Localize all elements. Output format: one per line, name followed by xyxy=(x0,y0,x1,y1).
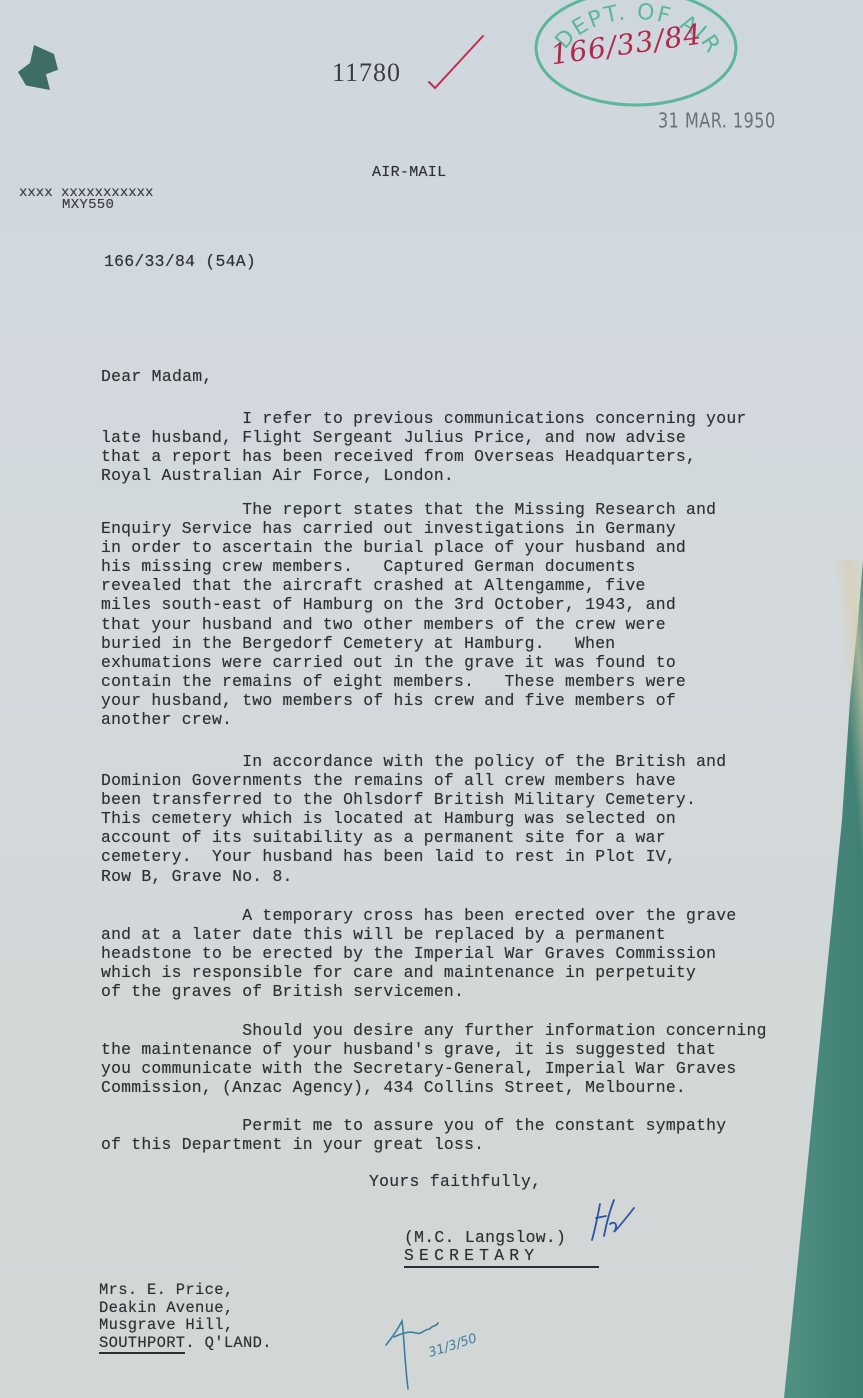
text-line: and at a later date this will be replace… xyxy=(101,925,736,944)
text-line: cemetery. Your husband has been laid to … xyxy=(101,847,726,866)
address-line: Musgrave Hill, xyxy=(99,1317,272,1335)
address-line: Mrs. E. Price, xyxy=(99,1282,272,1300)
paragraph-3: In accordance with the policy of the Bri… xyxy=(101,752,726,886)
title-underline xyxy=(404,1266,599,1268)
signatory-name: (M.C. Langslow.) xyxy=(404,1228,566,1247)
text-line: In accordance with the policy of the Bri… xyxy=(101,752,726,771)
text-line: of the graves of British servicemen. xyxy=(101,982,736,1001)
state: . Q'LAND. xyxy=(185,1334,271,1352)
letter-page: 11780 DEPT. OF AIR 166/33/84 31 MAR. 195… xyxy=(0,0,863,1398)
file-reference: 166/33/84 (54A) xyxy=(104,252,256,271)
text-line: Permit me to assure you of the constant … xyxy=(101,1116,726,1135)
text-line: Should you desire any further informatio… xyxy=(101,1021,767,1040)
text-line: the maintenance of your husband's grave,… xyxy=(101,1040,767,1059)
text-line: late husband, Flight Sergeant Julius Pri… xyxy=(101,428,747,447)
text-line: I refer to previous communications conce… xyxy=(101,409,747,428)
received-date-stamp: 31 MAR. 1950 xyxy=(658,109,776,133)
handwritten-initials-date: 31/3/50 xyxy=(380,1315,490,1395)
text-line: Commission, (Anzac Agency), 434 Collins … xyxy=(101,1078,767,1097)
paragraph-4: A temporary cross has been erected over … xyxy=(101,906,736,1001)
text-line: been transferred to the Ohlsdorf British… xyxy=(101,790,726,809)
reference-code: MXY550 xyxy=(62,196,114,215)
text-line: contain the remains of eight members. Th… xyxy=(101,672,716,691)
text-line: that your husband and two other members … xyxy=(101,615,716,634)
text-line: The report states that the Missing Resea… xyxy=(101,500,716,519)
text-line: miles south-east of Hamburg on the 3rd O… xyxy=(101,595,716,614)
text-line: another crew. xyxy=(101,710,716,729)
text-line: your husband, two members of his crew an… xyxy=(101,691,716,710)
text-line: in order to ascertain the burial place o… xyxy=(101,538,716,557)
signatory-title: SECRETARY xyxy=(404,1246,539,1265)
text-line: which is responsible for care and mainte… xyxy=(101,963,736,982)
text-line: account of its suitability as a permanen… xyxy=(101,828,726,847)
recipient-address: Mrs. E. Price, Deakin Avenue, Musgrave H… xyxy=(99,1282,272,1352)
air-mail-label: AIR-MAIL xyxy=(372,163,446,182)
paragraph-2: The report states that the Missing Resea… xyxy=(101,500,716,729)
text-line: his missing crew members. Captured Germa… xyxy=(101,557,716,576)
text-line: of this Department in your great loss. xyxy=(101,1135,726,1154)
svg-text:31/3/50: 31/3/50 xyxy=(427,1331,479,1361)
address-line: Deakin Avenue, xyxy=(99,1300,272,1318)
text-line: buried in the Bergedorf Cemetery at Hamb… xyxy=(101,634,716,653)
text-line: Royal Australian Air Force, London. xyxy=(101,466,747,485)
text-line: you communicate with the Secretary-Gener… xyxy=(101,1059,767,1078)
paragraph-5: Should you desire any further informatio… xyxy=(101,1021,767,1097)
text-line: Dominion Governments the remains of all … xyxy=(101,771,726,790)
text-line: This cemetery which is located at Hambur… xyxy=(101,809,726,828)
initials-signature xyxy=(588,1196,638,1246)
torn-punch-hole xyxy=(18,45,58,90)
text-line: exhumations were carried out in the grav… xyxy=(101,653,716,672)
city: SOUTHPORT xyxy=(99,1334,185,1354)
paragraph-1: I refer to previous communications conce… xyxy=(101,409,747,485)
text-line: Row B, Grave No. 8. xyxy=(101,867,726,886)
file-number: 11780 xyxy=(332,58,401,88)
salutation: Dear Madam, xyxy=(101,367,213,386)
text-line: Enquiry Service has carried out investig… xyxy=(101,519,716,538)
text-line: revealed that the aircraft crashed at Al… xyxy=(101,576,716,595)
text-line: that a report has been received from Ove… xyxy=(101,447,747,466)
red-tick-mark-icon xyxy=(425,30,485,90)
text-line: headstone to be erected by the Imperial … xyxy=(101,944,736,963)
text-line: A temporary cross has been erected over … xyxy=(101,906,736,925)
paragraph-6: Permit me to assure you of the constant … xyxy=(101,1116,726,1154)
closing: Yours faithfully, xyxy=(369,1172,541,1191)
address-line-city: SOUTHPORT. Q'LAND. xyxy=(99,1335,272,1353)
